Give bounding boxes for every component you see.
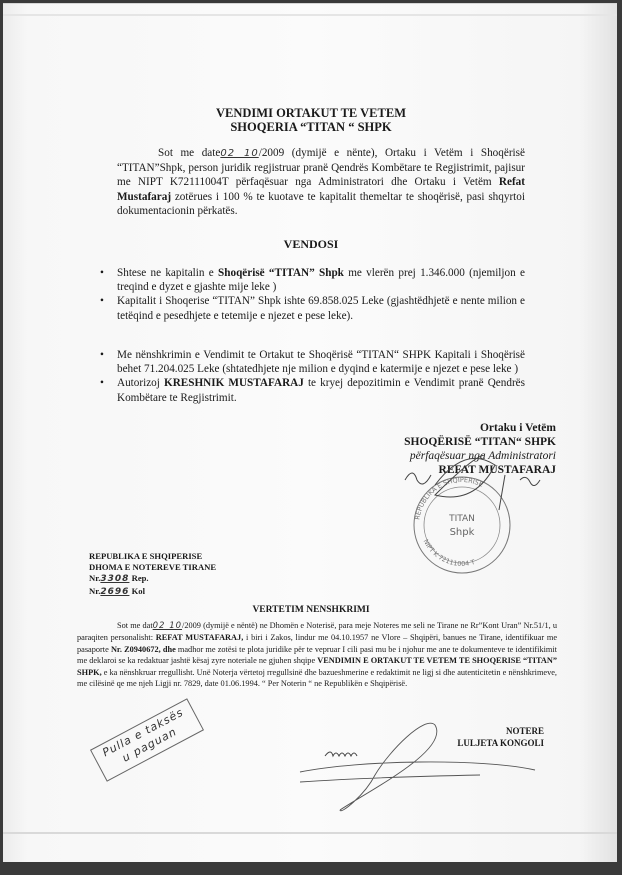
handwritten-date: 02 10 bbox=[220, 148, 258, 159]
document-subtitle: SHOQERIA “TITAN “ SHPK bbox=[0, 120, 622, 134]
svg-text:Shpk: Shpk bbox=[450, 527, 475, 538]
certification-paragraph: Sot me dat02 10/2009 (dymijë e nëntë) ne… bbox=[77, 620, 557, 689]
rep-number: Nr.3308 Rep. bbox=[89, 573, 216, 585]
list-item: Shtese ne kapitalin e Shoqërisë “TITAN” … bbox=[100, 266, 525, 294]
kol-number: Nr.2696 Kol bbox=[89, 586, 216, 598]
section-heading: VENDOSI bbox=[0, 237, 622, 251]
document-title: VENDIMI ORTAKUT TE VETEM bbox=[0, 106, 622, 120]
decision-list-1: Shtese ne kapitalin e Shoqërisë “TITAN” … bbox=[100, 266, 525, 323]
list-item: Me nënshkrimin e Vendimit te Ortakut te … bbox=[100, 348, 525, 376]
company-stamp: TITAN Shpk REPUBLIKA E SHQIPERISE NIPT K… bbox=[395, 455, 575, 605]
intro-paragraph: Sot me date02 10/2009 (dymijë e nënte), … bbox=[117, 146, 525, 218]
list-item: Autorizoj KRESHNIK MUSTAFARAJ te kryej d… bbox=[100, 376, 525, 404]
certification-heading: VERTETIM NENSHKRIMI bbox=[0, 603, 622, 617]
list-item: Kapitalit i Shoqerise “TITAN” Shpk ishte… bbox=[100, 294, 525, 322]
svg-text:TITAN: TITAN bbox=[448, 514, 475, 524]
notary-signature bbox=[280, 720, 570, 820]
decision-list-2: Me nënshkrimin e Vendimit te Ortakut te … bbox=[100, 348, 525, 405]
svg-text:NIPT K 72111004 T: NIPT K 72111004 T bbox=[422, 538, 476, 568]
notary-header: REPUBLIKA E SHQIPERISE DHOMA E NOTEREVE … bbox=[89, 551, 216, 598]
